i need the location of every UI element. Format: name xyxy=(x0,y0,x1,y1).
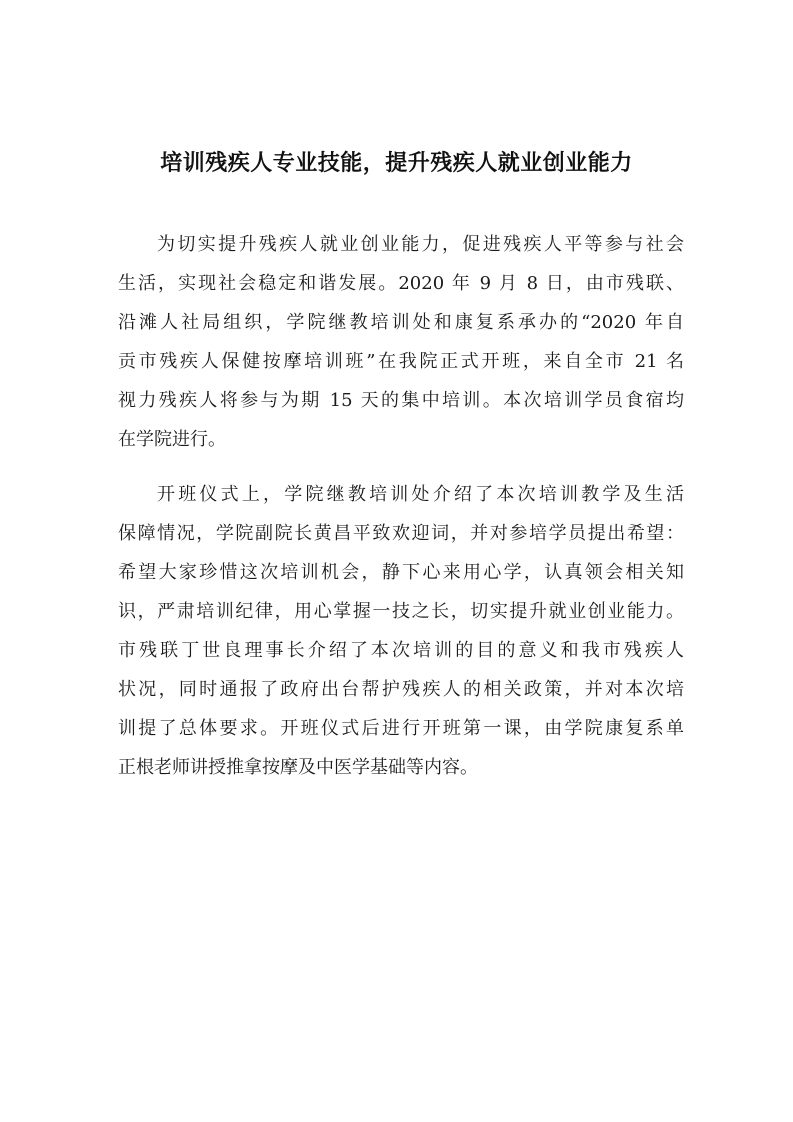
text-line: 保障情况，学院副院长黄昌平致欢迎词，并对参培学员提出希望： xyxy=(118,514,684,553)
document-title: 培训残疾人专业技能，提升残疾人就业创业能力 xyxy=(0,146,793,177)
text-line: 状况，同时通报了政府出台帮护残疾人的相关政策，并对本次培 xyxy=(118,670,684,709)
text-line: 训提了总体要求。开班仪式后进行开班第一课，由学院康复系单 xyxy=(118,709,684,748)
paragraph-1: 为切实提升残疾人就业创业能力，促进残疾人平等参与社会 生活，实现社会稳定和谐发展… xyxy=(118,225,684,459)
text-line: 市残联丁世良理事长介绍了本次培训的目的意义和我市残疾人 xyxy=(118,631,684,670)
text-line: 希望大家珍惜这次培训机会，静下心来用心学，认真领会相关知 xyxy=(118,553,684,592)
text-line: 沿滩人社局组织，学院继教培训处和康复系承办的“2020 年自 xyxy=(118,303,684,342)
text-line: 视力残疾人将参与为期 15 天的集中培训。本次培训学员食宿均 xyxy=(118,381,684,420)
text-line: 正根老师讲授推拿按摩及中医学基础等内容。 xyxy=(118,748,684,787)
text-line: 识，严肃培训纪律，用心掌握一技之长，切实提升就业创业能力。 xyxy=(118,592,684,631)
text-line: 在学院进行。 xyxy=(118,420,684,459)
text-line: 贡市残疾人保健按摩培训班”在我院正式开班，来自全市 21 名 xyxy=(118,342,684,381)
text-line: 生活，实现社会稳定和谐发展。2020 年 9 月 8 日，由市残联、 xyxy=(118,264,684,303)
paragraph-2: 开班仪式上，学院继教培训处介绍了本次培训教学及生活 保障情况，学院副院长黄昌平致… xyxy=(118,475,684,787)
text-line: 开班仪式上，学院继教培训处介绍了本次培训教学及生活 xyxy=(118,475,684,514)
text-line: 为切实提升残疾人就业创业能力，促进残疾人平等参与社会 xyxy=(118,225,684,264)
